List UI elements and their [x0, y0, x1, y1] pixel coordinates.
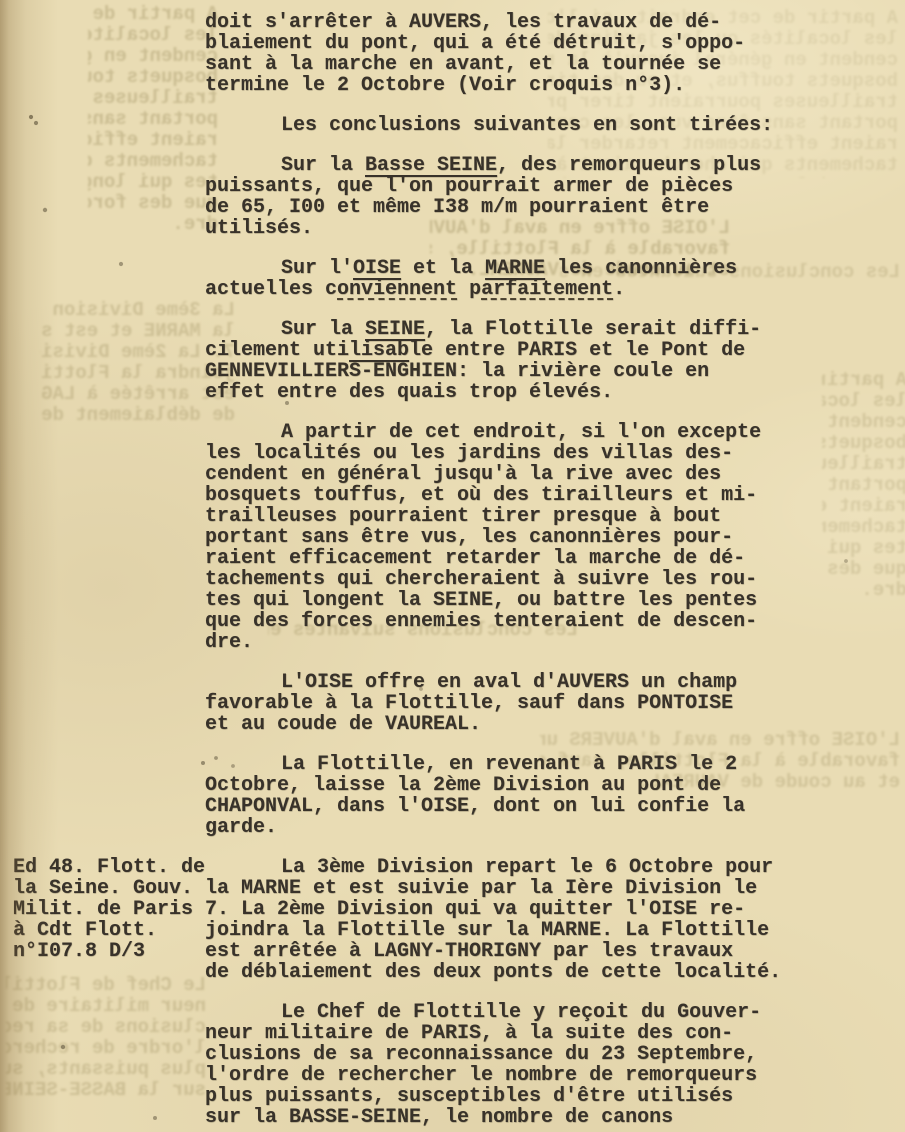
text-segment: les canonnières — [545, 257, 737, 280]
text-line: favorable à la Flottille, sauf dans PONT… — [205, 693, 895, 714]
paragraph: Le Chef de Flottille y reçoit du Gouver-… — [205, 1002, 895, 1128]
text-line: blaiement du pont, qui a été détruit, s'… — [205, 33, 895, 54]
text-line: tachements qui chercheraient à suivre le… — [205, 569, 895, 590]
text-line: de déblaiement des deux ponts de cette l… — [205, 962, 895, 983]
text-segment: Sur l' — [281, 257, 353, 280]
text-segment: La 3ème Division repart le 6 Octobre pou… — [281, 856, 773, 879]
text-segment: effet entre des quais trop élevés. — [205, 381, 613, 404]
text-line: Sur la Basse SEINE, des remorqueurs plus — [205, 155, 895, 176]
text-line: La 3ème Division repart le 6 Octobre pou… — [205, 857, 895, 878]
paragraph: Les conclusions suivantes en sont tirées… — [205, 115, 895, 136]
text-line: Les conclusions suivantes en sont tirées… — [205, 115, 895, 136]
text-line: l'ordre de rechercher le nombre de remor… — [205, 1065, 895, 1086]
text-segment: tachements qui chercheraient à suivre le… — [205, 568, 757, 591]
text-line: et au coude de VAUREAL. — [205, 714, 895, 735]
text-line: La Flottille, en revenant à PARIS le 2 — [205, 754, 895, 775]
text-line: tes qui longent la SEINE, ou battre les … — [205, 590, 895, 611]
text-segment: clusions de sa reconnaissance du 23 Sept… — [205, 1043, 757, 1066]
margin-note-line: la Seine. Gouv. — [13, 878, 205, 899]
text-segment: La Flottille, en revenant à PARIS le 2 — [281, 753, 737, 776]
text-line: sant à la marche en avant, et la tournée… — [205, 54, 895, 75]
text-segment: sant à la marche en avant, et la tournée… — [205, 53, 721, 76]
margin-note: Ed 48. Flott. dela Seine. Gouv.Milit. de… — [13, 857, 205, 962]
text-line: GENNEVILLIERS-ENGHIEN: la rivière coule … — [205, 361, 895, 382]
text-segment: termine le 2 Octobre (Voir croquis n°3). — [205, 74, 685, 97]
text-line: L'OISE offre en aval d'AUVERS un champ — [205, 672, 895, 693]
text-segment: Sur la — [281, 154, 365, 177]
paragraph: Sur la SEINE, la Flottille serait diffi-… — [205, 319, 895, 403]
paragraph: Sur l'OISE et la MARNE les canonnièresac… — [205, 258, 895, 300]
page: A partir de cet endroit, si l'on excepte… — [0, 0, 905, 1132]
margin-note-line: à Cdt Flott. — [13, 920, 205, 941]
bleedthrough-text: Le Chef de Flottille y reçoit du Gouver-… — [6, 975, 206, 1130]
text-line: actuelles conviennent parfaitement. — [205, 279, 895, 300]
text-segment: Le Chef de Flottille y reçoit du Gouver- — [281, 1001, 761, 1024]
underlined-text: lisab — [349, 339, 409, 362]
ink-specks — [0, 0, 2, 2]
text-segment: raient efficacement retarder la marche d… — [205, 547, 745, 570]
text-line: trailleuses pourraient tirer presque à b… — [205, 506, 895, 527]
text-segment: trailleuses pourraient tirer presque à b… — [205, 505, 721, 528]
text-segment: cendent en général jusqu'à la rive avec … — [205, 463, 721, 486]
underlined-text: onviennent — [337, 278, 457, 301]
text-segment: que des forces ennemies tenteraient de d… — [205, 610, 757, 633]
text-line: cendent en général jusqu'à la rive avec … — [205, 464, 895, 485]
text-segment: la MARNE et est suivie par la Ière Divis… — [205, 877, 757, 900]
text-segment: 7. La 2ème Division qui va quitter l'OIS… — [205, 898, 745, 921]
paragraph: La Flottille, en revenant à PARIS le 2Oc… — [205, 754, 895, 838]
text-line: de 65, I00 et même I38 m/m pourraient êt… — [205, 197, 895, 218]
paragraph: doit s'arrêter à AUVERS, les travaux de … — [205, 12, 895, 96]
text-line: dre. — [205, 632, 895, 653]
text-line: garde. — [205, 817, 895, 838]
text-segment: et au coude de VAUREAL. — [205, 713, 481, 736]
margin-note-line: Ed 48. Flott. de — [13, 857, 205, 878]
text-line: est arrêtée à LAGNY-THORIGNY par les tra… — [205, 941, 895, 962]
text-segment: de 65, I00 et même I38 m/m pourraient êt… — [205, 196, 709, 219]
text-line: portant sans être vus, les canonnières p… — [205, 527, 895, 548]
text-line: effet entre des quais trop élevés. — [205, 382, 895, 403]
text-line: Sur la SEINE, la Flottille serait diffi- — [205, 319, 895, 340]
text-segment: Sur la — [281, 318, 365, 341]
text-segment: le entre PARIS et le Pont de — [409, 339, 745, 362]
paragraph: La 3ème Division repart le 6 Octobre pou… — [205, 857, 895, 983]
text-line: cilement utilisable entre PARIS et le Po… — [205, 340, 895, 361]
text-line: puissants, que l'on pourrait armer de pi… — [205, 176, 895, 197]
text-segment: doit s'arrêter à AUVERS, les travaux de … — [205, 11, 721, 34]
text-segment: . — [613, 278, 625, 301]
text-segment: plus puissants, susceptibles d'être util… — [205, 1085, 733, 1108]
margin-note-line: n°I07.8 D/3 — [13, 941, 205, 962]
text-line: utilisés. — [205, 218, 895, 239]
text-segment: CHAPONVAL, dans l'OISE, dont on lui conf… — [205, 795, 745, 818]
text-line: CHAPONVAL, dans l'OISE, dont on lui conf… — [205, 796, 895, 817]
text-line: 7. La 2ème Division qui va quitter l'OIS… — [205, 899, 895, 920]
text-line: bosquets touffus, et où des tirailleurs … — [205, 485, 895, 506]
margin-note-line: Milit. de Paris — [13, 899, 205, 920]
text-segment: l'ordre de rechercher le nombre de remor… — [205, 1064, 757, 1087]
text-line: clusions de sa reconnaissance du 23 Sept… — [205, 1044, 895, 1065]
text-segment: blaiement du pont, qui a été détruit, s'… — [205, 32, 745, 55]
text-segment: joindra la Flottille sur la MARNE. La Fl… — [205, 919, 769, 942]
text-segment: tes qui longent la SEINE, ou battre les … — [205, 589, 757, 612]
text-segment: est arrêtée à LAGNY-THORIGNY par les tra… — [205, 940, 733, 963]
text-segment: puissants, que l'on pourrait armer de pi… — [205, 175, 733, 198]
text-line: A partir de cet endroit, si l'on excepte — [205, 422, 895, 443]
text-line: plus puissants, susceptibles d'être util… — [205, 1086, 895, 1107]
text-segment: les localités ou les jardins des villas … — [205, 442, 733, 465]
text-segment: dre. — [205, 631, 253, 654]
text-segment: portant sans être vus, les canonnières p… — [205, 526, 733, 549]
text-line: la MARNE et est suivie par la Ière Divis… — [205, 878, 895, 899]
text-line: joindra la Flottille sur la MARNE. La Fl… — [205, 920, 895, 941]
text-segment: garde. — [205, 816, 277, 839]
text-segment: Octobre, laisse la 2ème Division au pont… — [205, 774, 721, 797]
text-segment: Les conclusions suivantes en sont tirées… — [281, 114, 773, 137]
text-segment: neur militaire de PARIS, à la suite des … — [205, 1022, 733, 1045]
text-segment: favorable à la Flottille, sauf dans PONT… — [205, 692, 733, 715]
text-line: Le Chef de Flottille y reçoit du Gouver- — [205, 1002, 895, 1023]
text-line: termine le 2 Octobre (Voir croquis n°3). — [205, 75, 895, 96]
bleedthrough-text: A partir de cet endroit, si l'on excepte… — [88, 4, 218, 294]
text-segment: actuelles c — [205, 278, 337, 301]
text-line: les localités ou les jardins des villas … — [205, 443, 895, 464]
paragraph: A partir de cet endroit, si l'on excepte… — [205, 422, 895, 653]
text-segment: , des remorqueurs plus — [497, 154, 761, 177]
text-segment: sur la BASSE-SEINE, le nombre de canons — [205, 1106, 673, 1129]
text-line: Sur l'OISE et la MARNE les canonnières — [205, 258, 895, 279]
text-segment: A partir de cet endroit, si l'on excepte — [281, 421, 761, 444]
underlined-text: MARNE — [485, 257, 545, 280]
underlined-text: SEINE — [365, 318, 425, 341]
underlined-text: arfaitement — [481, 278, 613, 301]
document-body: doit s'arrêter à AUVERS, les travaux de … — [205, 12, 895, 1128]
text-line: que des forces ennemies tenteraient de d… — [205, 611, 895, 632]
text-segment: GENNEVILLIERS-ENGHIEN: la rivière coule … — [205, 360, 709, 383]
text-segment: utilisés. — [205, 217, 313, 240]
text-segment: p — [457, 278, 481, 301]
text-line: neur militaire de PARIS, à la suite des … — [205, 1023, 895, 1044]
text-line: sur la BASSE-SEINE, le nombre de canons — [205, 1107, 895, 1128]
underlined-text: Basse SEINE — [365, 154, 497, 177]
text-segment: , la Flottille serait diffi- — [425, 318, 761, 341]
text-line: doit s'arrêter à AUVERS, les travaux de … — [205, 12, 895, 33]
text-line: raient efficacement retarder la marche d… — [205, 548, 895, 569]
paragraph: Sur la Basse SEINE, des remorqueurs plus… — [205, 155, 895, 239]
text-segment: bosquets touffus, et où des tirailleurs … — [205, 484, 757, 507]
underlined-text: OISE — [353, 257, 401, 280]
text-line: Octobre, laisse la 2ème Division au pont… — [205, 775, 895, 796]
text-segment: et la — [401, 257, 485, 280]
paragraph: L'OISE offre en aval d'AUVERS un champfa… — [205, 672, 895, 735]
text-segment: de déblaiement des deux ponts de cette l… — [205, 961, 781, 984]
text-segment: L'OISE offre en aval d'AUVERS un champ — [281, 671, 737, 694]
text-segment: cilement uti — [205, 339, 349, 362]
